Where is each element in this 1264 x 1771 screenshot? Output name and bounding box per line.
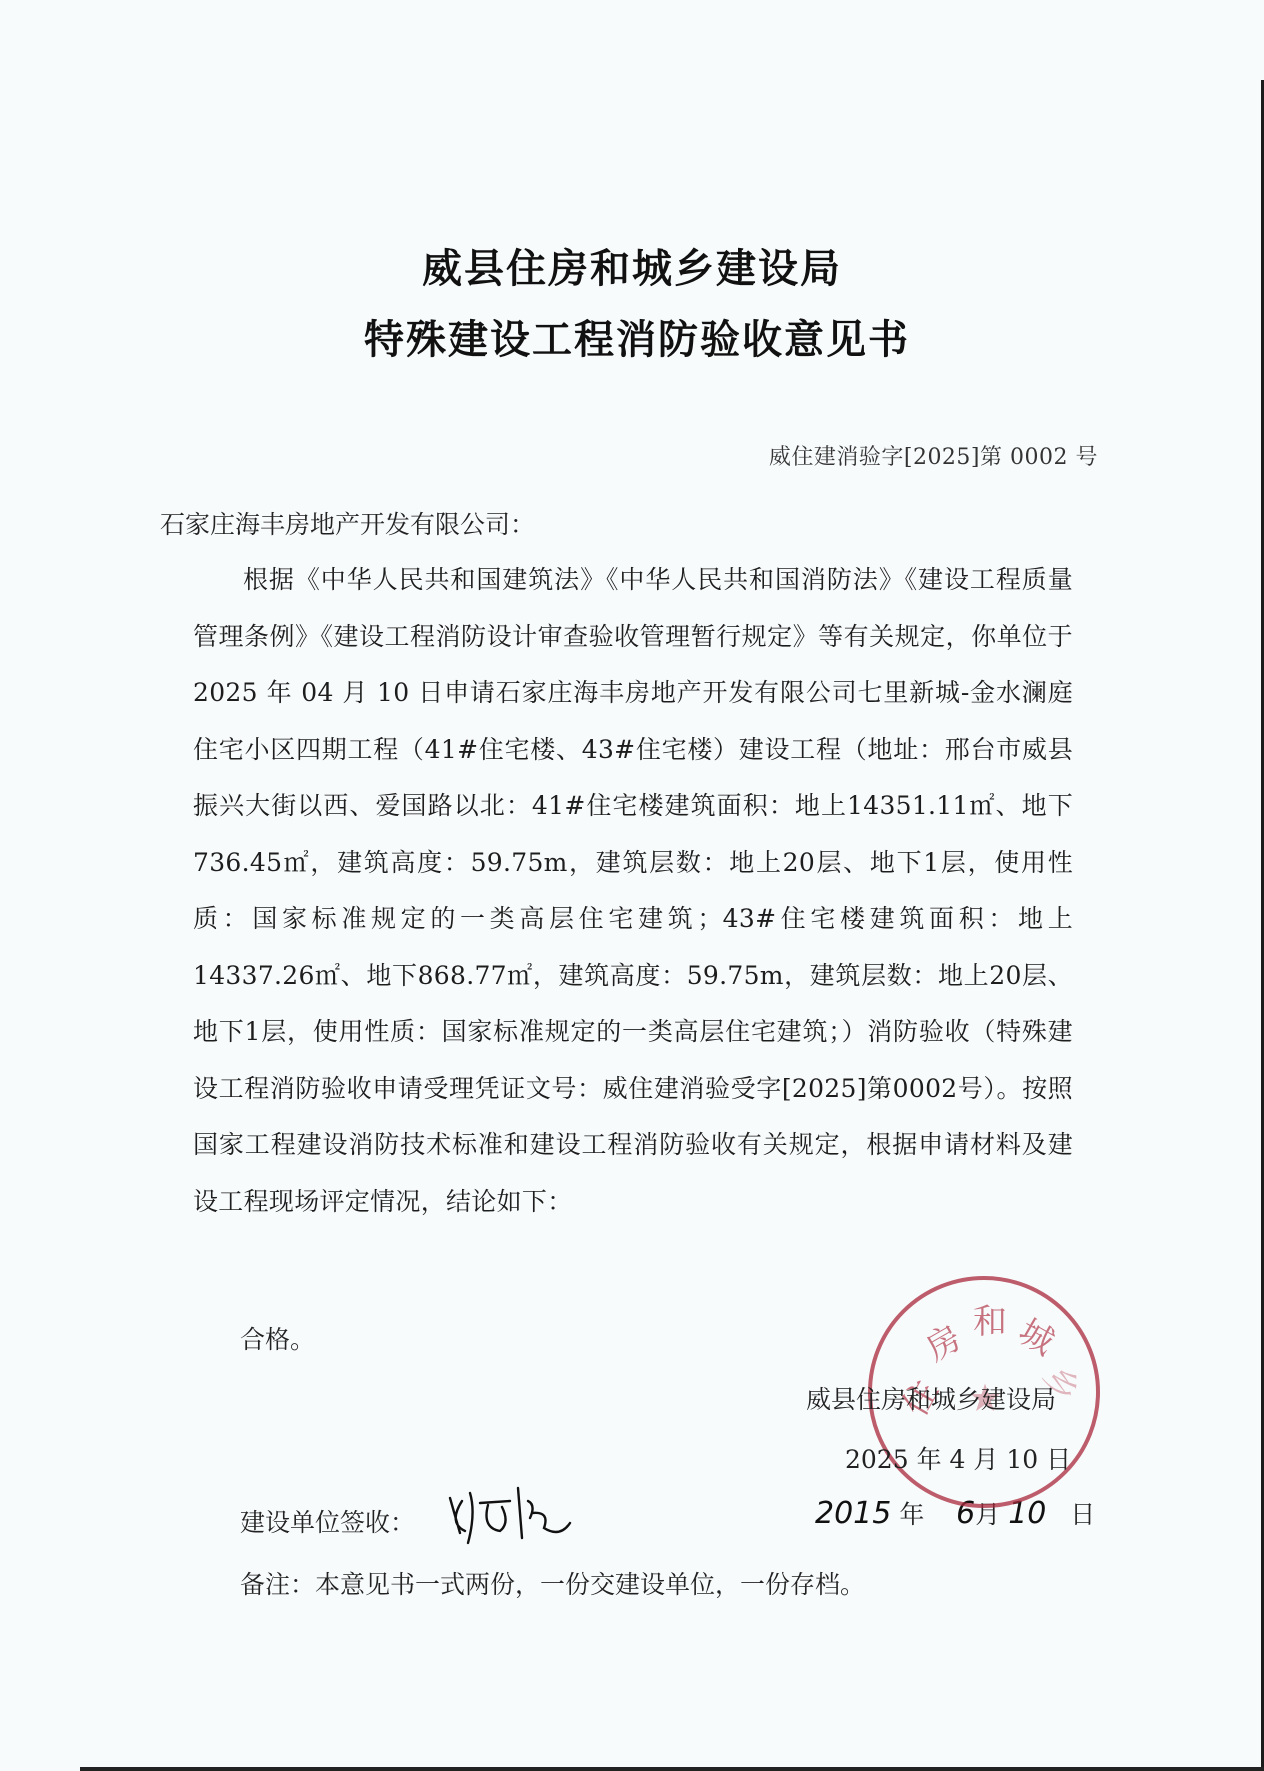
page-edge-bottom: [80, 1767, 1264, 1771]
handwritten-signature-icon: [440, 1483, 580, 1558]
page-title-issuer: 威县住房和城乡建设局: [0, 237, 1264, 294]
body-paragraph: 根据《中华人民共和国建筑法》《中华人民共和国消防法》《建设工程质量管理条例》《建…: [193, 552, 1073, 1230]
seal-char: 和: [970, 1294, 1010, 1343]
seal-char: 房: [912, 1309, 971, 1371]
conclusion-result: 合格。: [240, 1320, 315, 1356]
signature-date-year: 2015: [815, 1496, 891, 1531]
page-title-document: 特殊建设工程消防验收意见书: [5, 308, 1264, 365]
seal-char: 城: [1008, 1303, 1067, 1365]
signature-label: 建设单位签收：: [240, 1503, 415, 1539]
issue-date: 2025 年 4 月 10 日: [845, 1440, 1071, 1476]
remark-note: 备注：本意见书一式两份，一份交建设单位，一份存档。: [240, 1565, 865, 1601]
issuer-name: 威县住房和城乡建设局: [806, 1380, 1056, 1416]
addressee: 石家庄海丰房地产开发有限公司：: [160, 505, 535, 541]
document-number: 威住建消验字[2025]第 0002 号: [769, 440, 1098, 471]
